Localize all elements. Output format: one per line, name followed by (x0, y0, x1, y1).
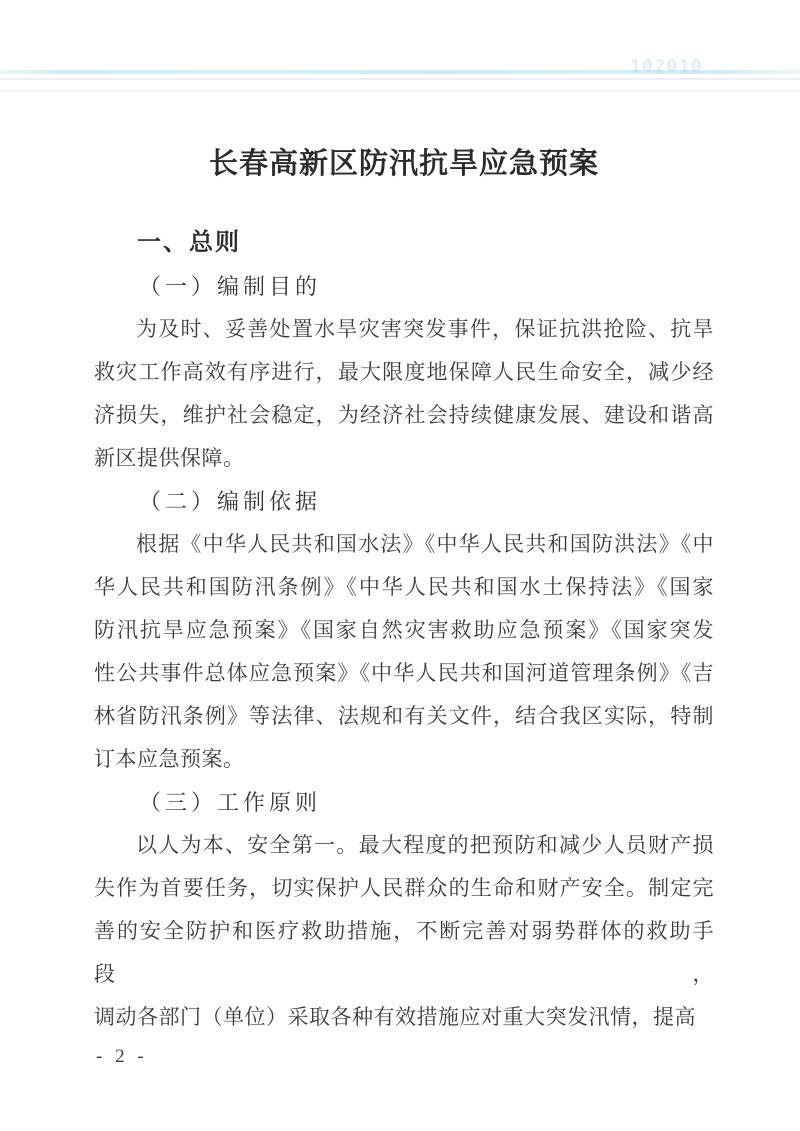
subsection-heading-3: （三）工作原则 (94, 781, 714, 824)
text-line: 订本应急预案。 (94, 738, 714, 781)
text-line: 善的安全防护和医疗救助措施，不断完善对弱势群体的救助手段， (94, 910, 714, 996)
text-line: 林省防汛条例》等法律、法规和有关文件，结合我区实际，特制 (94, 695, 714, 738)
text-line: 失作为首要任务，切实保护人民群众的生命和财产安全。制定完 (94, 867, 714, 910)
text-line: 新区提供保障。 (94, 437, 714, 480)
paragraph-3: 以人为本、安全第一。最大程度的把预防和减少人员财产损失作为首要任务，切实保护人民… (94, 824, 714, 1039)
subsection-heading-1: （一）编制目的 (94, 265, 714, 308)
text-line: 性公共事件总体应急预案》《中华人民共和国河道管理条例》《吉 (94, 652, 714, 695)
text-line: 济损失，维护社会稳定，为经济社会持续健康发展、建设和谐高 (94, 394, 714, 437)
page-number: - 2 - (96, 1046, 148, 1068)
text-line: 以人为本、安全第一。最大程度的把预防和减少人员财产损 (94, 824, 714, 867)
document-page: 102010 长春高新区防汛抗旱应急预案 一、总则 （一）编制目的 为及时、妥善… (0, 0, 800, 1131)
text-line: 华人民共和国防汛条例》《中华人民共和国水土保持法》《国家 (94, 566, 714, 609)
paragraph-2: 根据《中华人民共和国水法》《中华人民共和国防洪法》《中华人民共和国防汛条例》《中… (94, 523, 714, 781)
text-line: 根据《中华人民共和国水法》《中华人民共和国防洪法》《中 (94, 523, 714, 566)
section-heading-1: 一、总则 (94, 222, 714, 265)
document-body: 长春高新区防汛抗旱应急预案 一、总则 （一）编制目的 为及时、妥善处置水旱灾害突… (94, 0, 714, 1039)
text-line: 调动各部门（单位）采取各种有效措施应对重大突发汛情，提高 (94, 996, 714, 1039)
document-title: 长春高新区防汛抗旱应急预案 (94, 142, 714, 186)
text-line: 救灾工作高效有序进行，最大限度地保障人民生命安全，减少经 (94, 351, 714, 394)
paragraph-1: 为及时、妥善处置水旱灾害突发事件，保证抗洪抢险、抗旱救灾工作高效有序进行，最大限… (94, 308, 714, 480)
subsection-heading-2: （二）编制依据 (94, 480, 714, 523)
text-line: 为及时、妥善处置水旱灾害突发事件，保证抗洪抢险、抗旱 (94, 308, 714, 351)
text-line: 防汛抗旱应急预案》《国家自然灾害救助应急预案》《国家突发 (94, 609, 714, 652)
